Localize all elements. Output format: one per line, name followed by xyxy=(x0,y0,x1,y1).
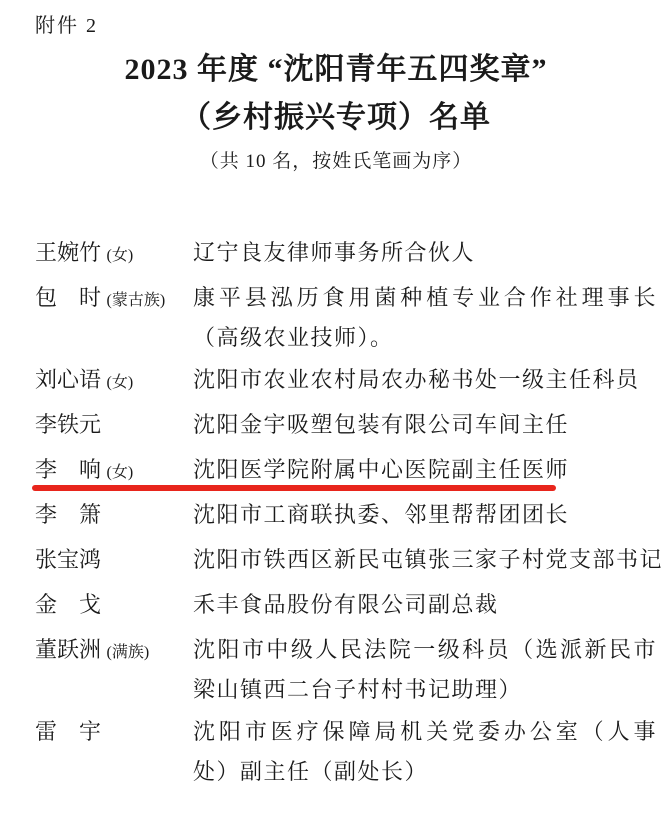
list-item: 张宝鸿 沈阳市铁西区新民屯镇张三家子村党支部书记 xyxy=(35,540,657,583)
list-item: 刘心语 (女) 沈阳市农业农村局农办秘书处一级主任科员 xyxy=(35,360,657,403)
list-item: 王婉竹 (女) 辽宁良友律师事务所合伙人 xyxy=(35,233,657,276)
awardee-name-text: 雷 宇 xyxy=(35,719,101,744)
position-line: 沈阳市工商联执委、邻里帮帮团团长 xyxy=(193,495,657,535)
list-item: 董跃洲 (满族) 沈阳市中级人民法院一级科员（选派新民市 梁山镇西二台子村村书记… xyxy=(35,630,657,710)
document-subtitle: （共 10 名，按姓氏笔画为序） xyxy=(0,149,672,175)
awardee-note: (满族) xyxy=(107,644,150,661)
attachment-label: 附件 2 xyxy=(35,12,98,40)
position-line: 沈阳市农业农村局农办秘书处一级主任科员 xyxy=(193,360,657,400)
awardee-name-text: 张宝鸿 xyxy=(35,547,101,572)
awardee-name: 李 箫 xyxy=(35,495,193,538)
awardee-position: 辽宁良友律师事务所合伙人 xyxy=(193,233,657,276)
awardee-name-text: 金 戈 xyxy=(35,592,101,617)
awardee-name-text: 包 时 xyxy=(35,285,101,310)
list-item-highlighted: 李 响 (女) 沈阳医学院附属中心医院副主任医师 xyxy=(35,450,657,493)
awardee-name: 雷 宇 xyxy=(35,712,193,792)
list-item: 金 戈 禾丰食品股份有限公司副总裁 xyxy=(35,585,657,628)
awardee-position: 沈阳市铁西区新民屯镇张三家子村党支部书记 xyxy=(193,540,657,583)
list-item: 李 箫 沈阳市工商联执委、邻里帮帮团团长 xyxy=(35,495,657,538)
awardee-name: 包 时 (蒙古族) xyxy=(35,278,193,358)
awardee-position: 沈阳市工商联执委、邻里帮帮团团长 xyxy=(193,495,657,538)
awardee-name-text: 李铁元 xyxy=(35,412,101,437)
awardee-name-text: 李 箫 xyxy=(35,502,101,527)
position-line: 梁山镇西二台子村村书记助理） xyxy=(193,670,657,710)
awardee-note: (女) xyxy=(107,247,134,264)
awardee-name: 王婉竹 (女) xyxy=(35,233,193,276)
awardee-name: 李铁元 xyxy=(35,405,193,448)
awardee-position: 沈阳市农业农村局农办秘书处一级主任科员 xyxy=(193,360,657,403)
position-line: 康平县泓历食用菌种植专业合作社理事长 xyxy=(193,278,657,318)
awardee-position: 康平县泓历食用菌种植专业合作社理事长 （高级农业技师）。 xyxy=(193,278,657,358)
awardee-name: 金 戈 xyxy=(35,585,193,628)
awardee-name-text: 刘心语 xyxy=(35,367,101,392)
position-line: 沈阳市医疗保障局机关党委办公室（人事 xyxy=(193,712,657,752)
position-line: （高级农业技师）。 xyxy=(193,318,657,358)
awardee-note: (女) xyxy=(107,374,134,391)
list-item: 雷 宇 沈阳市医疗保障局机关党委办公室（人事 处）副主任（副处长） xyxy=(35,712,657,792)
document-page: 附件 2 2023 年度 “沈阳青年五四奖章” （乡村振兴专项）名单 （共 10… xyxy=(0,0,672,820)
awardee-name: 董跃洲 (满族) xyxy=(35,630,193,710)
awardee-position: 沈阳市中级人民法院一级科员（选派新民市 梁山镇西二台子村村书记助理） xyxy=(193,630,657,710)
position-line: 沈阳市铁西区新民屯镇张三家子村党支部书记 xyxy=(193,540,657,580)
awardee-note: (女) xyxy=(107,464,134,481)
awardee-name: 刘心语 (女) xyxy=(35,360,193,403)
title-line-1: 2023 年度 “沈阳青年五四奖章” xyxy=(0,46,672,94)
awardee-name-text: 董跃洲 xyxy=(35,637,101,662)
position-line: 沈阳市中级人民法院一级科员（选派新民市 xyxy=(193,630,657,670)
red-underline-annotation xyxy=(32,485,556,491)
awardee-name: 张宝鸿 xyxy=(35,540,193,583)
title-line-2: （乡村振兴专项）名单 xyxy=(0,94,672,142)
list-item: 李铁元 沈阳金宇吸塑包装有限公司车间主任 xyxy=(35,405,657,448)
awardee-name-text: 王婉竹 xyxy=(35,240,101,265)
awardee-note: (蒙古族) xyxy=(107,292,166,309)
document-title: 2023 年度 “沈阳青年五四奖章” （乡村振兴专项）名单 xyxy=(0,46,672,142)
position-line: 沈阳金宇吸塑包装有限公司车间主任 xyxy=(193,405,657,445)
awardee-list: 王婉竹 (女) 辽宁良友律师事务所合伙人 包 时 (蒙古族) 康平县泓历食用菌种… xyxy=(35,233,657,794)
awardee-name-text: 李 响 xyxy=(35,457,101,482)
awardee-position: 沈阳市医疗保障局机关党委办公室（人事 处）副主任（副处长） xyxy=(193,712,657,792)
position-line: 辽宁良友律师事务所合伙人 xyxy=(193,233,657,273)
awardee-position: 沈阳金宇吸塑包装有限公司车间主任 xyxy=(193,405,657,448)
position-line: 处）副主任（副处长） xyxy=(193,752,657,792)
list-item: 包 时 (蒙古族) 康平县泓历食用菌种植专业合作社理事长 （高级农业技师）。 xyxy=(35,278,657,358)
position-line: 禾丰食品股份有限公司副总裁 xyxy=(193,585,657,625)
position-line: 沈阳医学院附属中心医院副主任医师 xyxy=(193,450,657,490)
awardee-position: 禾丰食品股份有限公司副总裁 xyxy=(193,585,657,628)
